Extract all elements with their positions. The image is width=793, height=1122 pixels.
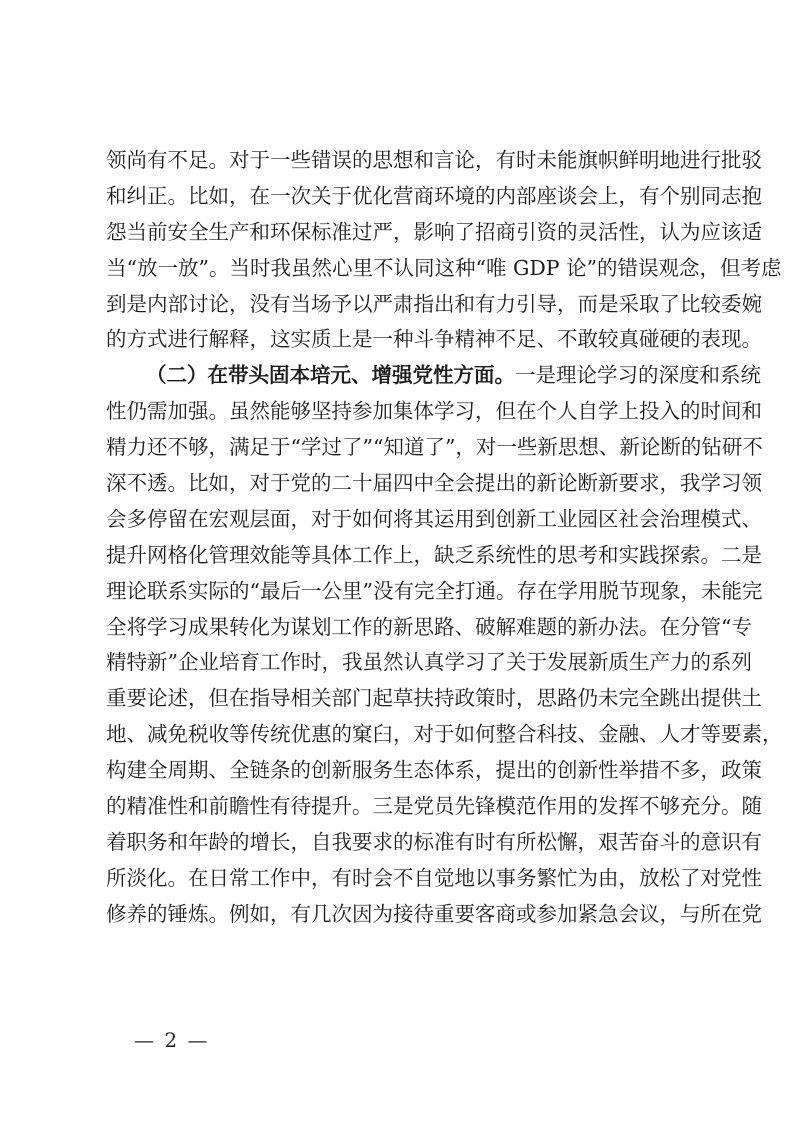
page-number: — 2 —	[134, 1028, 209, 1052]
text-line: 领尚有不足。对于一些错误的思想和言论，有时未能旗帜鲜明地进行批驳	[106, 143, 698, 179]
text-line: 会多停留在宏观层面，对于如何将其运用到创新工业园区社会治理模式、	[106, 502, 698, 538]
text-line: 理论联系实际的“最后一公里”没有完全打通。存在学用脱节现象，未能完	[106, 574, 698, 610]
text-line: 的精准性和前瞻性有待提升。三是党员先锋模范作用的发挥不够充分。随	[106, 789, 698, 825]
text-line: 到是内部讨论，没有当场予以严肃指出和有力引导，而是采取了比较委婉	[106, 287, 698, 323]
document-body: 领尚有不足。对于一些错误的思想和言论，有时未能旗帜鲜明地进行批驳 和纠正。比如，…	[106, 143, 698, 933]
text-line: 构建全周期、全链条的创新服务生态体系，提出的创新性举措不多，政策	[106, 753, 698, 789]
text-line: 修养的锤炼。例如，有几次因为接待重要客商或参加紧急会议，与所在党	[106, 897, 698, 933]
text-run: 一是理论学习的深度和系统	[515, 363, 761, 387]
section-heading-line: （二）在带头固本培元、增强党性方面。一是理论学习的深度和系统	[106, 358, 698, 394]
document-page: 领尚有不足。对于一些错误的思想和言论，有时未能旗帜鲜明地进行批驳 和纠正。比如，…	[0, 0, 793, 1122]
text-line: 着职务和年龄的增长，自我要求的标准有时有所松懈，艰苦奋斗的意识有	[106, 825, 698, 861]
text-line: 所淡化。在日常工作中，有时会不自觉地以事务繁忙为由，放松了对党性	[106, 861, 698, 897]
text-line: 深不透。比如，对于党的二十届四中全会提出的新论断新要求，我学习领	[106, 466, 698, 502]
text-line: 重要论述，但在指导相关部门起草扶持政策时，思路仍未完全跳出提供土	[106, 681, 698, 717]
text-line: 精特新”企业培育工作时，我虽然认真学习了关于发展新质生产力的系列	[106, 645, 698, 681]
text-line: 全将学习成果转化为谋划工作的新思路、破解难题的新办法。在分管“专	[106, 610, 698, 646]
text-line: 和纠正。比如，在一次关于优化营商环境的内部座谈会上，有个别同志抱	[106, 179, 698, 215]
text-line: 怨当前安全生产和环保标准过严，影响了招商引资的灵活性，认为应该适	[106, 215, 698, 251]
text-line: 地、减免税收等传统优惠的窠臼，对于如何整合科技、金融、人才等要素，	[106, 717, 698, 753]
text-line: 提升网格化管理效能等具体工作上，缺乏系统性的思考和实践探索。二是	[106, 538, 698, 574]
text-line: 当“放一放”。当时我虽然心里不认同这种“唯 GDP 论”的错误观念，但考虑	[106, 251, 698, 287]
text-line: 性仍需加强。虽然能够坚持参加集体学习，但在个人自学上投入的时间和	[106, 394, 698, 430]
text-line: 精力还不够，满足于“学过了”“知道了”，对一些新思想、新论断的钻研不	[106, 430, 698, 466]
section-heading: （二）在带头固本培元、增强党性方面。	[146, 363, 515, 387]
text-line: 的方式进行解释，这实质上是一种斗争精神不足、不敢较真碰硬的表现。	[106, 322, 698, 358]
